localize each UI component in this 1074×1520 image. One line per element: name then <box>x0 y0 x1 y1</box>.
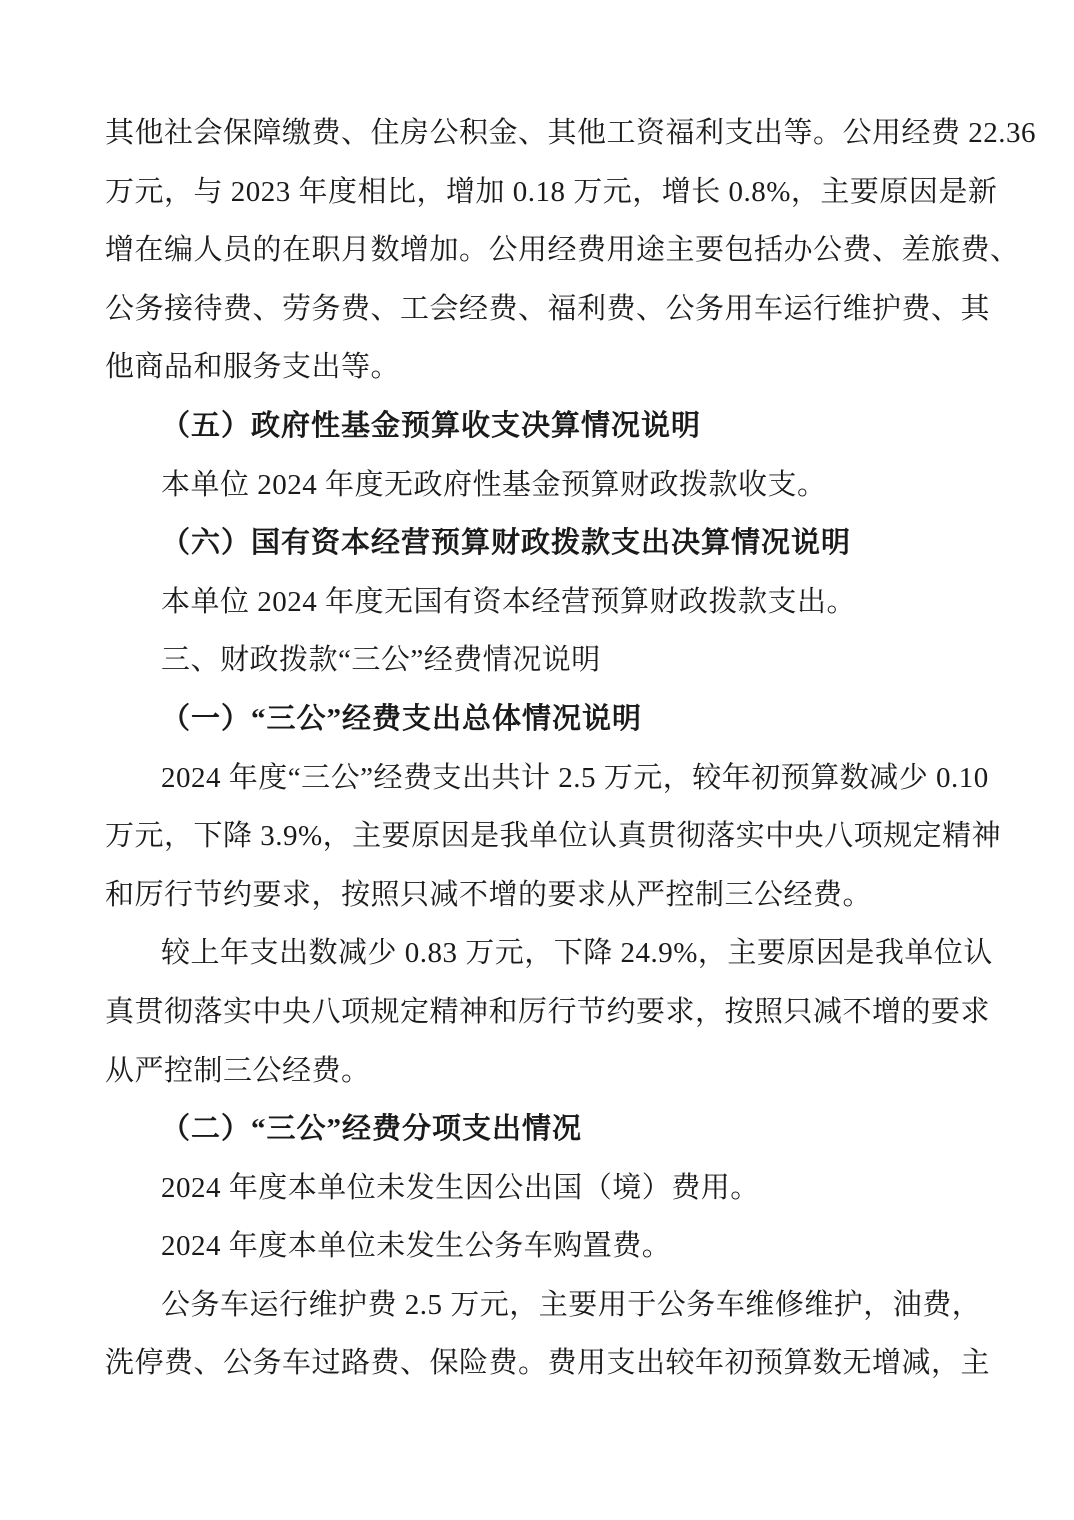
subheading-overall-expenses: （一）“三公”经费支出总体情况说明 <box>105 690 969 749</box>
paragraph-government-fund-budget: 本单位 2024 年度无政府性基金预算财政拨款收支。 <box>105 456 969 515</box>
paragraph-vehicle-operation: 公务车运行维护费 2.5 万元，主要用于公务车维修维护，油费， 洗停费、公务车过… <box>105 1276 969 1393</box>
paragraph-vehicle-purchase: 2024 年度本单位未发生公务车购置费。 <box>105 1217 969 1276</box>
text-line: 2024 年度“三公”经费支出共计 2.5 万元，较年初预算数减少 0.10 <box>105 749 969 808</box>
text-line: 其他社会保障缴费、住房公积金、其他工资福利支出等。公用经费 22.36 <box>105 104 969 163</box>
paragraph-overseas-travel: 2024 年度本单位未发生因公出国（境）费用。 <box>105 1159 969 1218</box>
text-line: 较上年支出数减少 0.83 万元，下降 24.9%，主要原因是我单位认 <box>105 924 969 983</box>
text-line: 公务接待费、劳务费、工会经费、福利费、公务用车运行维护费、其 <box>105 280 969 339</box>
paragraph-overall-vs-last-year: 较上年支出数减少 0.83 万元，下降 24.9%，主要原因是我单位认 真贯彻落… <box>105 924 969 1100</box>
document-page: 其他社会保障缴费、住房公积金、其他工资福利支出等。公用经费 22.36 万元，与… <box>105 104 969 1393</box>
text-line: 从严控制三公经费。 <box>105 1042 969 1101</box>
paragraph-personnel-and-public-expenses: 其他社会保障缴费、住房公积金、其他工资福利支出等。公用经费 22.36 万元，与… <box>105 104 969 397</box>
text-line: 公务车运行维护费 2.5 万元，主要用于公务车维修维护，油费， <box>105 1276 969 1335</box>
heading-government-fund-budget: （五）政府性基金预算收支决算情况说明 <box>105 397 969 456</box>
paragraph-state-capital-budget: 本单位 2024 年度无国有资本经营预算财政拨款支出。 <box>105 573 969 632</box>
text-line: 和厉行节约要求，按照只减不增的要求从严控制三公经费。 <box>105 866 969 925</box>
subheading-itemized-expenses: （二）“三公”经费分项支出情况 <box>105 1100 969 1159</box>
text-line: 万元，与 2023 年度相比，增加 0.18 万元，增长 0.8%，主要原因是新 <box>105 163 969 222</box>
text-line: 真贯彻落实中央八项规定精神和厉行节约要求，按照只减不增的要求 <box>105 983 969 1042</box>
section-title-three-public-expenses: 三、财政拨款“三公”经费情况说明 <box>105 631 969 690</box>
text-line: 洗停费、公务车过路费、保险费。费用支出较年初预算数无增减，主 <box>105 1334 969 1393</box>
heading-state-capital-budget: （六）国有资本经营预算财政拨款支出决算情况说明 <box>105 514 969 573</box>
paragraph-overall-vs-budget: 2024 年度“三公”经费支出共计 2.5 万元，较年初预算数减少 0.10 万… <box>105 749 969 925</box>
text-line: 他商品和服务支出等。 <box>105 338 969 397</box>
text-line: 增在编人员的在职月数增加。公用经费用途主要包括办公费、差旅费、 <box>105 221 969 280</box>
text-line: 万元，下降 3.9%，主要原因是我单位认真贯彻落实中央八项规定精神 <box>105 807 969 866</box>
